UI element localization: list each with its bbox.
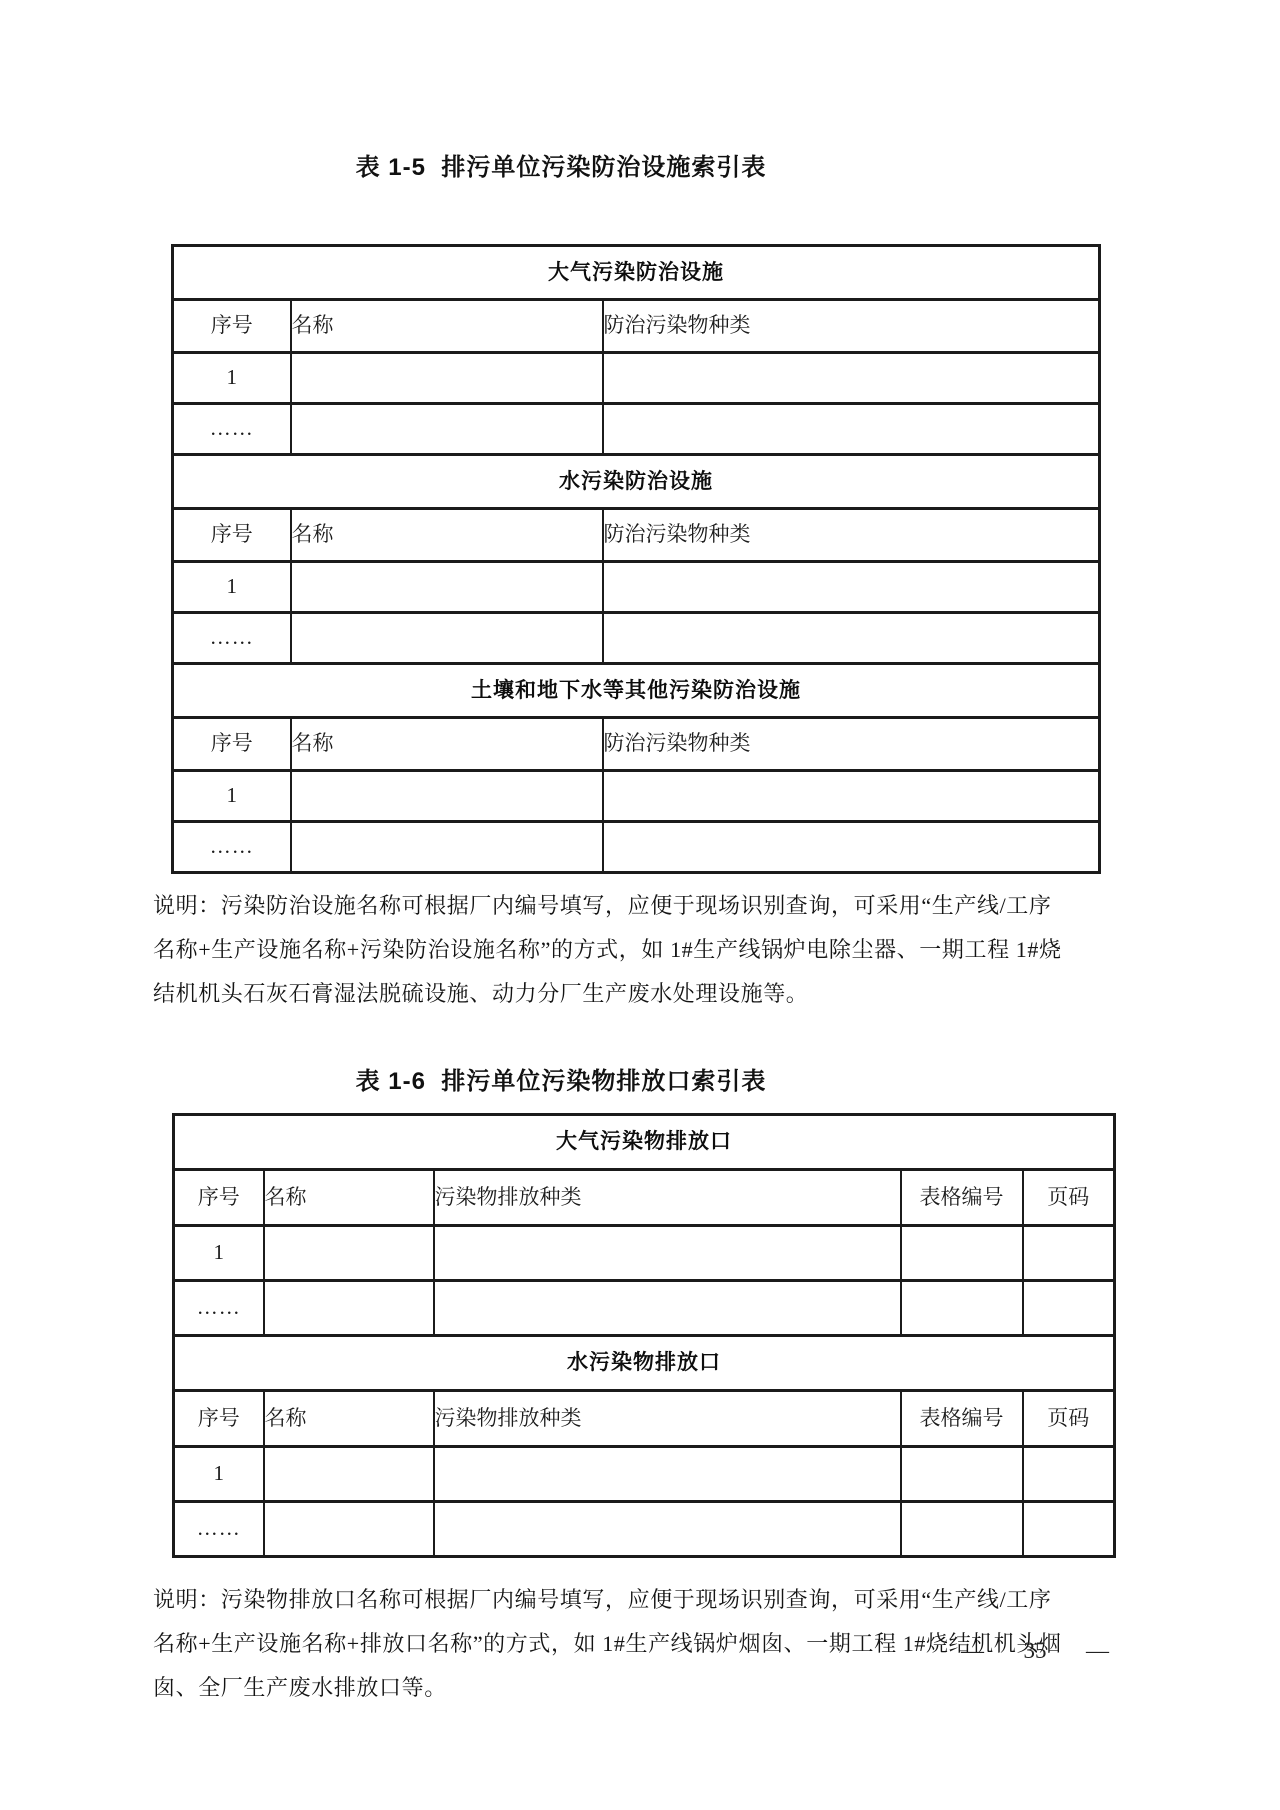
empty-form-cell	[901, 1447, 1023, 1502]
empty-name-cell	[291, 562, 603, 613]
empty-form-cell	[901, 1502, 1023, 1557]
discharge-type-column-header: 污染物排放种类	[434, 1170, 901, 1226]
empty-name-cell	[291, 822, 603, 873]
section-header-soil: 土壤和地下水等其他污染防治设施	[173, 664, 1100, 718]
column-header-row: 序号 名称 污染物排放种类 表格编号 页码	[174, 1170, 1115, 1226]
row-index-cell: ……	[174, 1502, 264, 1557]
form-number-column-header: 表格编号	[901, 1170, 1023, 1226]
empty-name-cell	[264, 1502, 434, 1557]
serial-column-header: 序号	[174, 1170, 264, 1226]
section-header-air: 大气污染防治设施	[173, 246, 1100, 300]
form-number-column-header: 表格编号	[901, 1391, 1023, 1447]
section-row-air-outlet: 大气污染物排放口	[174, 1115, 1115, 1170]
empty-form-cell	[901, 1226, 1023, 1281]
section-header-water-outlet: 水污染物排放口	[174, 1336, 1115, 1391]
empty-page-cell	[1023, 1281, 1115, 1336]
pollutant-type-column-header: 防治污染物种类	[603, 718, 1100, 771]
pollution-control-facility-index-table: 大气污染防治设施 序号 名称 防治污染物种类 1 …… 水污染防治设施 序	[171, 244, 1101, 874]
note-line: 说明：污染物排放口名称可根据厂内编号填写，应便于现场识别查询，可采用“生产线/工…	[153, 1578, 1062, 1622]
column-header-row: 序号 名称 防治污染物种类	[173, 718, 1100, 771]
empty-type-cell	[434, 1226, 901, 1281]
name-column-header: 名称	[291, 718, 603, 771]
note-line: 名称+生产设施名称+污染防治设施名称”的方式，如 1#生产线锅炉电除尘器、一期工…	[153, 928, 1062, 972]
empty-page-cell	[1023, 1226, 1115, 1281]
note-line: 结机机头石灰石膏湿法脱硫设施、动力分厂生产废水处理设施等。	[153, 972, 1062, 1016]
table-row: ……	[173, 404, 1100, 455]
column-header-row: 序号 名称 防治污染物种类	[173, 300, 1100, 353]
section-row-water-outlet: 水污染物排放口	[174, 1336, 1115, 1391]
page-number-column-header: 页码	[1023, 1170, 1115, 1226]
row-index-cell: 1	[173, 562, 291, 613]
table-row: ……	[174, 1502, 1115, 1557]
serial-column-header: 序号	[173, 300, 291, 353]
empty-type-cell	[603, 771, 1100, 822]
name-column-header: 名称	[264, 1170, 434, 1226]
empty-page-cell	[1023, 1447, 1115, 1502]
note-line: 说明：污染防治设施名称可根据厂内编号填写，应便于现场识别查询，可采用“生产线/工…	[153, 884, 1062, 928]
table-row: 1	[173, 562, 1100, 613]
table-row: ……	[173, 822, 1100, 873]
row-index-cell: ……	[173, 822, 291, 873]
empty-name-cell	[291, 771, 603, 822]
section-row-water: 水污染防治设施	[173, 455, 1100, 509]
page-number-footer: — 35 —	[940, 1638, 1130, 1664]
note-line: 名称+生产设施名称+排放口名称”的方式，如 1#生产线锅炉烟囱、一期工程 1#烧…	[153, 1622, 1062, 1666]
empty-page-cell	[1023, 1502, 1115, 1557]
empty-type-cell	[434, 1502, 901, 1557]
serial-column-header: 序号	[173, 718, 291, 771]
row-index-cell: ……	[173, 404, 291, 455]
empty-type-cell	[603, 562, 1100, 613]
section-header-air-outlet: 大气污染物排放口	[174, 1115, 1115, 1170]
empty-type-cell	[603, 404, 1100, 455]
row-index-cell: 1	[174, 1447, 264, 1502]
empty-type-cell	[603, 822, 1100, 873]
table-1-6-note: 说明：污染物排放口名称可根据厂内编号填写，应便于现场识别查询，可采用“生产线/工…	[153, 1578, 1062, 1710]
column-header-row: 序号 名称 污染物排放种类 表格编号 页码	[174, 1391, 1115, 1447]
serial-column-header: 序号	[173, 509, 291, 562]
serial-column-header: 序号	[174, 1391, 264, 1447]
table-1-5-note: 说明：污染防治设施名称可根据厂内编号填写，应便于现场识别查询，可采用“生产线/工…	[153, 884, 1062, 1016]
table-row: 1	[173, 771, 1100, 822]
table-row: 1	[173, 353, 1100, 404]
pollutant-type-column-header: 防治污染物种类	[603, 300, 1100, 353]
row-index-cell: 1	[173, 353, 291, 404]
empty-type-cell	[603, 353, 1100, 404]
empty-name-cell	[264, 1281, 434, 1336]
table-row: 1	[174, 1226, 1115, 1281]
row-index-cell: 1	[173, 771, 291, 822]
section-header-water: 水污染防治设施	[173, 455, 1100, 509]
table-1-5-title: 表 1-5 排污单位污染防治设施索引表	[172, 150, 950, 186]
column-header-row: 序号 名称 防治污染物种类	[173, 509, 1100, 562]
pollutant-outlet-index-table: 大气污染物排放口 序号 名称 污染物排放种类 表格编号 页码 1 ……	[172, 1113, 1116, 1558]
empty-name-cell	[264, 1226, 434, 1281]
row-index-cell: 1	[174, 1226, 264, 1281]
empty-type-cell	[434, 1281, 901, 1336]
note-line: 囱、全厂生产废水排放口等。	[153, 1666, 1062, 1710]
row-index-cell: ……	[173, 613, 291, 664]
empty-name-cell	[291, 404, 603, 455]
empty-form-cell	[901, 1281, 1023, 1336]
table-row: 1	[174, 1447, 1115, 1502]
empty-type-cell	[434, 1447, 901, 1502]
empty-name-cell	[291, 613, 603, 664]
section-row-soil: 土壤和地下水等其他污染防治设施	[173, 664, 1100, 718]
table-1-6-title: 表 1-6 排污单位污染物排放口索引表	[172, 1064, 950, 1100]
name-column-header: 名称	[291, 300, 603, 353]
empty-type-cell	[603, 613, 1100, 664]
table-row: ……	[173, 613, 1100, 664]
name-column-header: 名称	[264, 1391, 434, 1447]
table-row: ……	[174, 1281, 1115, 1336]
row-index-cell: ……	[174, 1281, 264, 1336]
page-number-column-header: 页码	[1023, 1391, 1115, 1447]
name-column-header: 名称	[291, 509, 603, 562]
empty-name-cell	[291, 353, 603, 404]
empty-name-cell	[264, 1447, 434, 1502]
document-page: 表 1-5 排污单位污染防治设施索引表 大气污染防治设施 序号 名称 防治污染物…	[0, 0, 1280, 1810]
discharge-type-column-header: 污染物排放种类	[434, 1391, 901, 1447]
section-row-air: 大气污染防治设施	[173, 246, 1100, 300]
pollutant-type-column-header: 防治污染物种类	[603, 509, 1100, 562]
